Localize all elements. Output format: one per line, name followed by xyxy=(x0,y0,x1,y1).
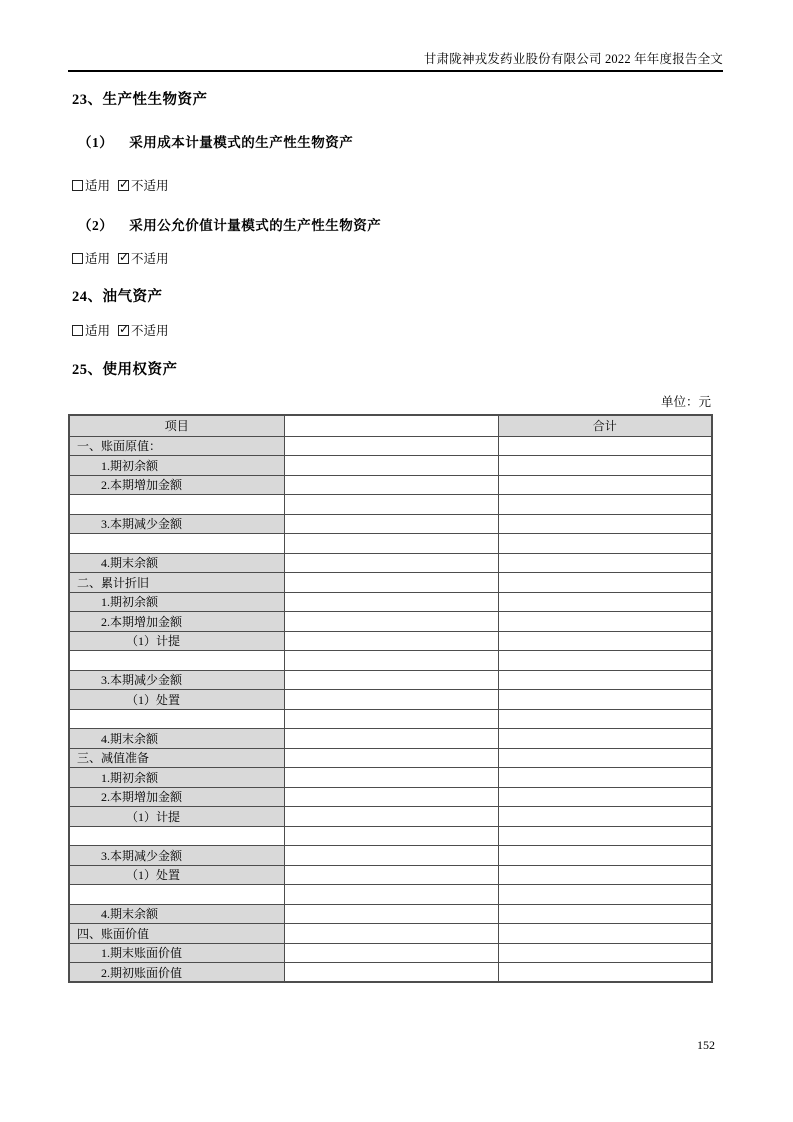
table-row: 3.本期减少金额 xyxy=(69,514,712,534)
option-not-applicable-label: 不适用 xyxy=(131,324,169,338)
option-not-applicable[interactable]: 不适用 xyxy=(118,324,169,338)
row-total-cell xyxy=(498,514,712,534)
table-row: 2.本期增加金额 xyxy=(69,612,712,632)
subsection-number-23-1: （1） xyxy=(78,135,113,150)
table-row xyxy=(69,885,712,905)
table-row: 4.期末余额 xyxy=(69,553,712,573)
row-middle-cell xyxy=(284,456,498,476)
row-label-cell: 二、累计折旧 xyxy=(69,573,284,593)
row-label-cell: 1.期初余额 xyxy=(69,768,284,788)
row-total-cell xyxy=(498,592,712,612)
row-label-cell xyxy=(69,885,284,905)
row-middle-cell xyxy=(284,651,498,671)
table-row: 1.期初余额 xyxy=(69,592,712,612)
header-title: 甘肃陇神戎发药业股份有限公司 2022 年年度报告全文 xyxy=(424,52,723,66)
row-label-cell: 四、账面价值 xyxy=(69,924,284,944)
table-row: 1.期初余额 xyxy=(69,456,712,476)
row-middle-cell xyxy=(284,865,498,885)
row-middle-cell xyxy=(284,436,498,456)
row-total-cell xyxy=(498,787,712,807)
table-row: 2.本期增加金额 xyxy=(69,475,712,495)
row-middle-cell xyxy=(284,846,498,866)
option-not-applicable[interactable]: 不适用 xyxy=(118,252,169,266)
applicability-row-23-1: 适用不适用 xyxy=(72,176,177,194)
row-total-cell xyxy=(498,709,712,729)
row-middle-cell xyxy=(284,768,498,788)
table-row: 四、账面价值 xyxy=(69,924,712,944)
table-row: 4.期末余额 xyxy=(69,904,712,924)
checkbox-empty-icon xyxy=(72,325,83,336)
row-label-cell xyxy=(69,495,284,515)
row-total-cell xyxy=(498,924,712,944)
row-label-cell: 4.期末余额 xyxy=(69,553,284,573)
row-middle-cell xyxy=(284,670,498,690)
checkbox-empty-icon xyxy=(72,180,83,191)
row-middle-cell xyxy=(284,553,498,573)
table-row xyxy=(69,709,712,729)
row-total-cell xyxy=(498,807,712,827)
row-total-cell xyxy=(498,670,712,690)
table-row: （1）处置 xyxy=(69,865,712,885)
col-header-middle xyxy=(284,415,498,436)
table-row: 1.期初余额 xyxy=(69,768,712,788)
row-total-cell xyxy=(498,963,712,983)
row-label-cell: 4.期末余额 xyxy=(69,729,284,749)
row-middle-cell xyxy=(284,690,498,710)
table-row: （1）计提 xyxy=(69,631,712,651)
row-middle-cell xyxy=(284,592,498,612)
document-header: 甘肃陇神戎发药业股份有限公司 2022 年年度报告全文 xyxy=(68,49,723,67)
row-label-cell: 2.本期增加金额 xyxy=(69,787,284,807)
row-total-cell xyxy=(498,475,712,495)
row-label-cell xyxy=(69,651,284,671)
option-applicable[interactable]: 适用 xyxy=(72,179,110,193)
row-label-cell: 4.期末余额 xyxy=(69,904,284,924)
table-row: 三、减值准备 xyxy=(69,748,712,768)
page-number: 152 xyxy=(68,1038,715,1053)
option-applicable[interactable]: 适用 xyxy=(72,324,110,338)
table-row: 1.期末账面价值 xyxy=(69,943,712,963)
row-label-cell: 2.本期增加金额 xyxy=(69,475,284,495)
subsection-title-23-2: 采用公允价值计量模式的生产性生物资产 xyxy=(129,218,381,233)
table-row: 一、账面原值： xyxy=(69,436,712,456)
row-total-cell xyxy=(498,690,712,710)
row-middle-cell xyxy=(284,573,498,593)
table-row: 二、累计折旧 xyxy=(69,573,712,593)
row-total-cell xyxy=(498,651,712,671)
row-label-cell: 2.本期增加金额 xyxy=(69,612,284,632)
section-heading-25: 25、使用权资产 xyxy=(72,358,178,379)
row-label-cell: 一、账面原值： xyxy=(69,436,284,456)
row-label-cell xyxy=(69,534,284,554)
col-header-item: 项目 xyxy=(69,415,284,436)
table-row: 3.本期减少金额 xyxy=(69,846,712,866)
row-label-cell: （1）计提 xyxy=(69,631,284,651)
row-label-cell: 2.期初账面价值 xyxy=(69,963,284,983)
subsection-heading-23-1: （1）采用成本计量模式的生产性生物资产 xyxy=(78,131,353,151)
subsection-number-23-2: （2） xyxy=(78,218,113,233)
checkbox-checked-icon xyxy=(118,325,129,336)
table-row: 4.期末余额 xyxy=(69,729,712,749)
header-rule xyxy=(68,70,723,72)
option-not-applicable-label: 不适用 xyxy=(131,179,169,193)
table-row: 2.期初账面价值 xyxy=(69,963,712,983)
row-label-cell: （1）处置 xyxy=(69,690,284,710)
row-label-cell: 1.期初余额 xyxy=(69,456,284,476)
row-total-cell xyxy=(498,768,712,788)
row-total-cell xyxy=(498,943,712,963)
row-total-cell xyxy=(498,456,712,476)
row-middle-cell xyxy=(284,787,498,807)
row-total-cell xyxy=(498,553,712,573)
document-page: 甘肃陇神戎发药业股份有限公司 2022 年年度报告全文 23、生产性生物资产 （… xyxy=(0,0,793,1122)
row-total-cell xyxy=(498,885,712,905)
table-row xyxy=(69,651,712,671)
table-header-row: 项目 合计 xyxy=(69,415,712,436)
checkbox-checked-icon xyxy=(118,180,129,191)
unit-label: 单位：元 xyxy=(68,392,711,410)
right-of-use-assets-table: 项目 合计 一、账面原值： 1.期初余额 2.本期增加金额 xyxy=(68,414,713,983)
row-total-cell xyxy=(498,573,712,593)
row-total-cell xyxy=(498,631,712,651)
row-label-cell: （1）处置 xyxy=(69,865,284,885)
row-middle-cell xyxy=(284,924,498,944)
row-total-cell xyxy=(498,534,712,554)
row-label-cell: （1）计提 xyxy=(69,807,284,827)
option-applicable-label: 适用 xyxy=(85,324,110,338)
applicability-row-24: 适用不适用 xyxy=(72,321,177,339)
row-middle-cell xyxy=(284,709,498,729)
row-label-cell: 1.期初余额 xyxy=(69,592,284,612)
applicability-row-23-2: 适用不适用 xyxy=(72,249,177,267)
option-applicable-label: 适用 xyxy=(85,252,110,266)
row-middle-cell xyxy=(284,943,498,963)
row-middle-cell xyxy=(284,963,498,983)
row-total-cell xyxy=(498,865,712,885)
row-total-cell xyxy=(498,495,712,515)
row-label-cell: 三、减值准备 xyxy=(69,748,284,768)
subsection-heading-23-2: （2）采用公允价值计量模式的生产性生物资产 xyxy=(78,214,381,234)
row-total-cell xyxy=(498,436,712,456)
row-middle-cell xyxy=(284,826,498,846)
table-row: 2.本期增加金额 xyxy=(69,787,712,807)
col-header-total: 合计 xyxy=(498,415,712,436)
table-row xyxy=(69,826,712,846)
table-row: （1）计提 xyxy=(69,807,712,827)
table-row xyxy=(69,534,712,554)
option-not-applicable-label: 不适用 xyxy=(131,252,169,266)
subsection-title-23-1: 采用成本计量模式的生产性生物资产 xyxy=(129,135,353,150)
row-label-cell xyxy=(69,709,284,729)
row-middle-cell xyxy=(284,748,498,768)
table-row: 3.本期减少金额 xyxy=(69,670,712,690)
table-row: （1）处置 xyxy=(69,690,712,710)
row-total-cell xyxy=(498,748,712,768)
row-middle-cell xyxy=(284,885,498,905)
table-row xyxy=(69,495,712,515)
section-heading-24: 24、油气资产 xyxy=(72,285,163,306)
row-label-cell: 3.本期减少金额 xyxy=(69,514,284,534)
checkbox-checked-icon xyxy=(118,253,129,264)
row-label-cell: 3.本期减少金额 xyxy=(69,846,284,866)
row-total-cell xyxy=(498,846,712,866)
row-middle-cell xyxy=(284,631,498,651)
row-label-cell xyxy=(69,826,284,846)
option-applicable[interactable]: 适用 xyxy=(72,252,110,266)
row-total-cell xyxy=(498,612,712,632)
row-label-cell: 3.本期减少金额 xyxy=(69,670,284,690)
row-middle-cell xyxy=(284,612,498,632)
row-middle-cell xyxy=(284,904,498,924)
option-not-applicable[interactable]: 不适用 xyxy=(118,179,169,193)
row-middle-cell xyxy=(284,807,498,827)
row-total-cell xyxy=(498,826,712,846)
option-applicable-label: 适用 xyxy=(85,179,110,193)
row-middle-cell xyxy=(284,495,498,515)
row-total-cell xyxy=(498,729,712,749)
section-heading-23: 23、生产性生物资产 xyxy=(72,88,208,109)
row-middle-cell xyxy=(284,475,498,495)
right-of-use-assets-table-wrap: 项目 合计 一、账面原值： 1.期初余额 2.本期增加金额 xyxy=(68,414,711,983)
row-middle-cell xyxy=(284,729,498,749)
row-middle-cell xyxy=(284,514,498,534)
checkbox-empty-icon xyxy=(72,253,83,264)
row-label-cell: 1.期末账面价值 xyxy=(69,943,284,963)
row-total-cell xyxy=(498,904,712,924)
row-middle-cell xyxy=(284,534,498,554)
